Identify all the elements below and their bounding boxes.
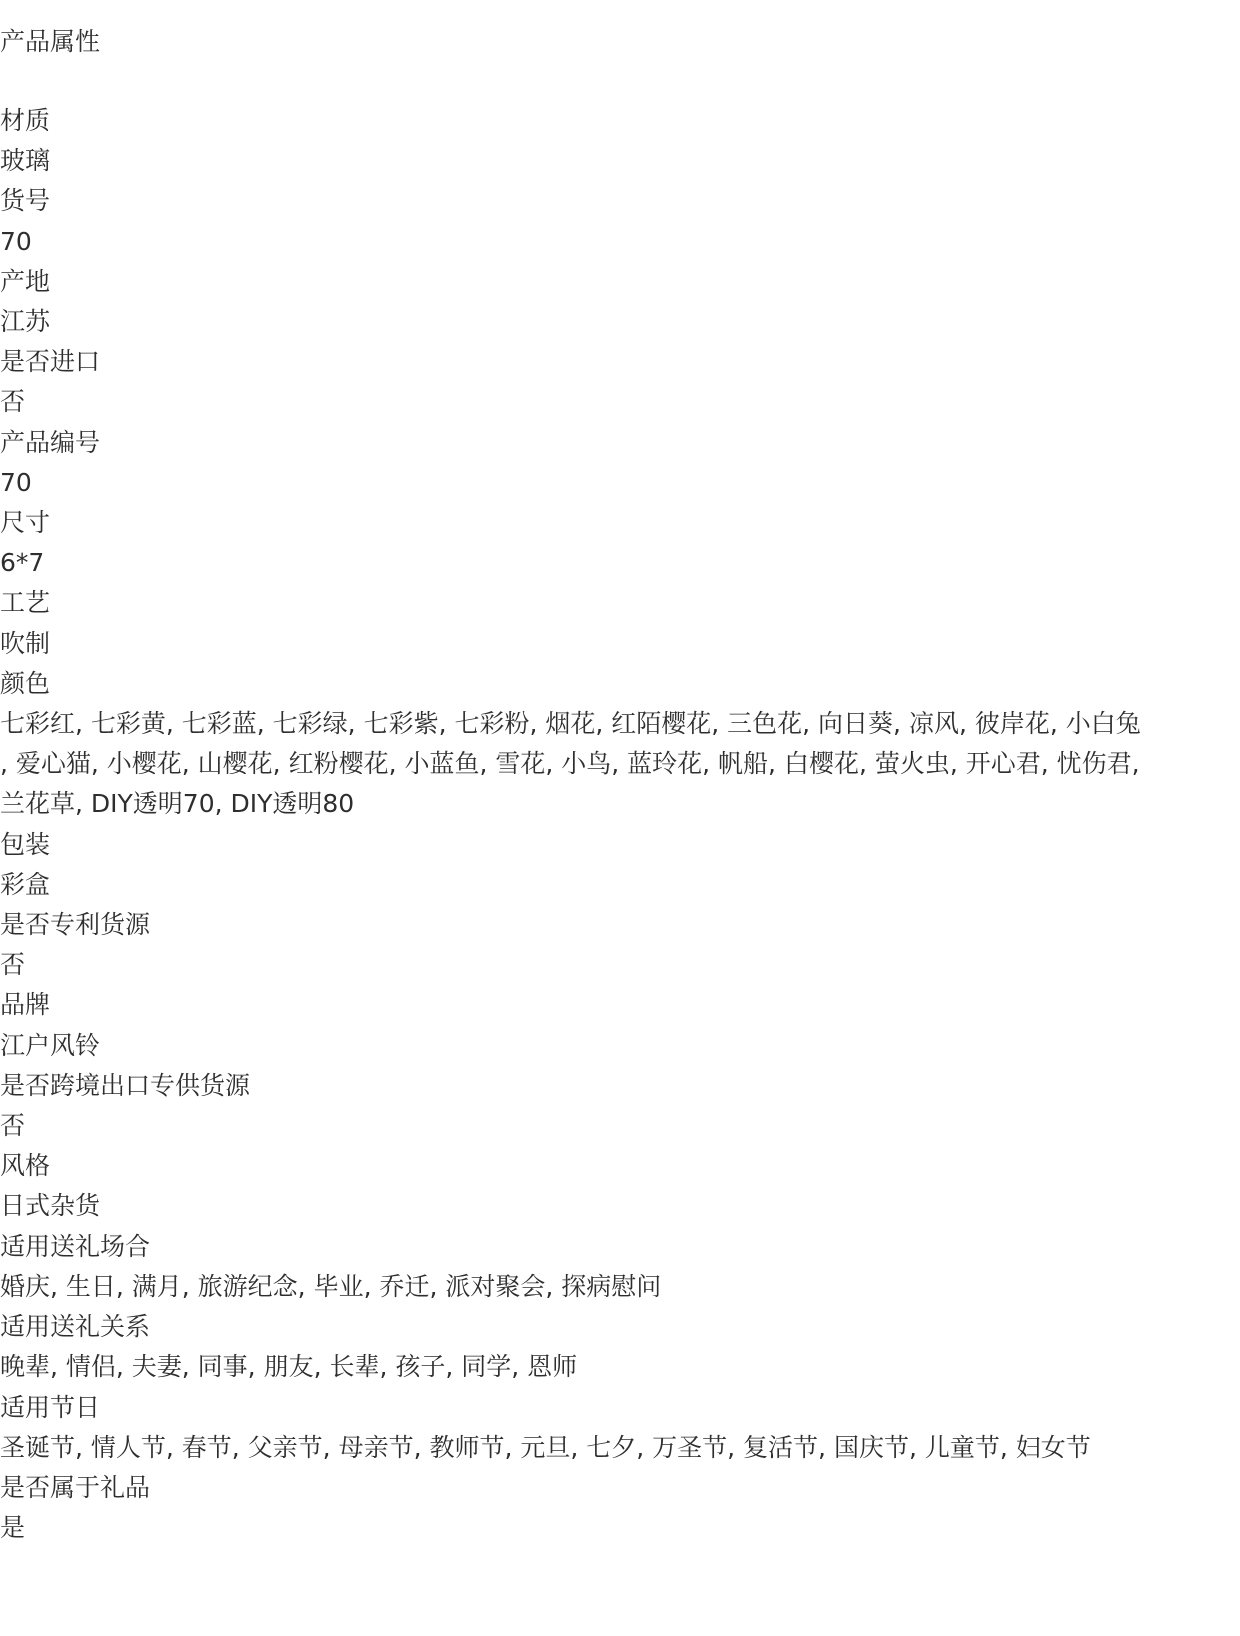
attr-value-is-gift: 是 — [0, 1508, 1240, 1548]
attr-value-style: 日式杂货 — [0, 1186, 1240, 1226]
attr-value-patent-source: 否 — [0, 945, 1240, 985]
attr-label-product-no: 产品编号 — [0, 423, 1240, 463]
attr-value-craft: 吹制 — [0, 624, 1240, 664]
attr-value-packaging: 彩盒 — [0, 865, 1240, 905]
attr-value-cross-border-export: 否 — [0, 1106, 1240, 1146]
page-title: 产品属性 — [0, 22, 100, 62]
attr-value-item-no: 70 — [0, 222, 1240, 262]
attr-label-imported: 是否进口 — [0, 342, 1240, 382]
attr-label-cross-border-export: 是否跨境出口专供货源 — [0, 1066, 1240, 1106]
attr-label-holiday: 适用节日 — [0, 1388, 1240, 1428]
attr-value-material: 玻璃 — [0, 141, 1240, 181]
attr-value-imported: 否 — [0, 382, 1240, 422]
attr-label-craft: 工艺 — [0, 583, 1240, 623]
attr-label-is-gift: 是否属于礼品 — [0, 1468, 1240, 1508]
attr-value-gift-relationship: 晚辈, 情侣, 夫妻, 同事, 朋友, 长辈, 孩子, 同学, 恩师 — [0, 1347, 1240, 1387]
attr-label-color: 颜色 — [0, 664, 1240, 704]
attr-label-brand: 品牌 — [0, 985, 1240, 1025]
attr-value-product-no: 70 — [0, 463, 1240, 503]
attr-label-packaging: 包装 — [0, 825, 1240, 865]
attr-label-item-no: 货号 — [0, 181, 1240, 221]
attr-label-origin: 产地 — [0, 262, 1240, 302]
attr-value-color-line-3: 兰花草, DIY透明70, DIY透明80 — [0, 784, 1240, 824]
attr-value-color-line-1: 七彩红, 七彩黄, 七彩蓝, 七彩绿, 七彩紫, 七彩粉, 烟花, 红陌樱花, … — [0, 704, 1240, 744]
attribute-list: 材质 玻璃 货号 70 产地 江苏 是否进口 否 产品编号 70 尺寸 6*7 … — [0, 101, 1240, 1548]
attr-label-material: 材质 — [0, 101, 1240, 141]
attr-value-holiday: 圣诞节, 情人节, 春节, 父亲节, 母亲节, 教师节, 元旦, 七夕, 万圣节… — [0, 1428, 1240, 1468]
attr-value-origin: 江苏 — [0, 302, 1240, 342]
attr-label-patent-source: 是否专利货源 — [0, 905, 1240, 945]
attr-value-color-line-2: , 爱心猫, 小樱花, 山樱花, 红粉樱花, 小蓝鱼, 雪花, 小鸟, 蓝玲花,… — [0, 744, 1240, 784]
attr-label-style: 风格 — [0, 1146, 1240, 1186]
attr-label-gift-occasion: 适用送礼场合 — [0, 1227, 1240, 1267]
attr-value-gift-occasion: 婚庆, 生日, 满月, 旅游纪念, 毕业, 乔迁, 派对聚会, 探病慰问 — [0, 1267, 1240, 1307]
attr-label-gift-relationship: 适用送礼关系 — [0, 1307, 1240, 1347]
attr-label-size: 尺寸 — [0, 503, 1240, 543]
attr-value-size: 6*7 — [0, 543, 1240, 583]
attr-value-brand: 江户风铃 — [0, 1026, 1240, 1066]
